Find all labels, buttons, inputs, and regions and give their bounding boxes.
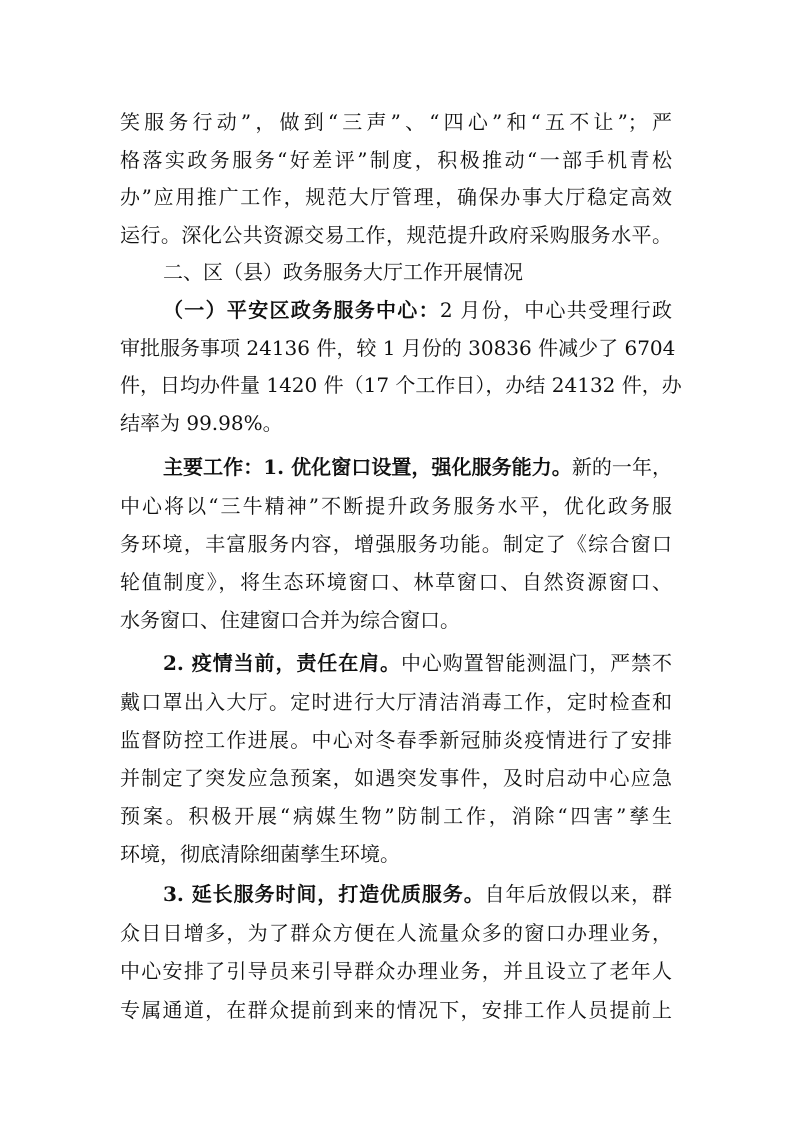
- heading-text: 二、区（县）政务服务大厅工作开展情况: [163, 260, 523, 284]
- text-run: 并制定了突发应急预案，如遇突发事件，及时启动中心应急: [120, 766, 672, 790]
- paragraph-line: 格落实政务服务“好差评”制度，积极推动“一部手机青松: [120, 145, 672, 175]
- paragraph-line: 审批服务事项 24136 件，较 1 月份的 30836 件减少了 6704: [120, 333, 672, 363]
- text-run: 自年后放假以来，群: [485, 882, 672, 906]
- text-run: 格落实政务服务“好差评”制度，积极推动“一部手机青松: [120, 148, 672, 172]
- text-run: 件，日均办件量 1420 件（17 个工作日），办结 24132 件，办: [120, 373, 682, 397]
- paragraph-line: 主要工作：1. 优化窗口设置，强化服务能力。新的一年，: [163, 452, 672, 482]
- text-run: 专属通道，在群众提前到来的情况下，安排工作人员提前上: [120, 998, 672, 1022]
- text-run: 新的一年，: [572, 455, 672, 479]
- text-run: 办”应用推广工作，规范大厅管理，确保办事大厅稳定高效: [120, 185, 672, 209]
- paragraph-line: 众日日增多，为了群众方便在人流量众多的窗口办理业务，: [120, 918, 672, 948]
- text-run: 众日日增多，为了群众方便在人流量众多的窗口办理业务，: [120, 921, 672, 945]
- paragraph-line: 环境，彻底清除细菌孳生环境。: [120, 839, 672, 869]
- paragraph-line: 2. 疫情当前，责任在肩。中心购置智能测温门，严禁不: [163, 648, 672, 678]
- paragraph-line: 件，日均办件量 1420 件（17 个工作日），办结 24132 件，办: [120, 370, 672, 400]
- text-run: 轮值制度》，将生态环境窗口、林草窗口、自然资源窗口、: [120, 570, 672, 594]
- paragraph-line: 务环境，丰富服务内容，增强服务功能。制定了《综合窗口: [120, 529, 672, 559]
- paragraph-line: 戴口罩出入大厅。定时进行大厅清洁消毒工作，定时检查和: [120, 687, 672, 717]
- paragraph-line: 专属通道，在群众提前到来的情况下，安排工作人员提前上: [120, 995, 672, 1025]
- paragraph-line: 办”应用推广工作，规范大厅管理，确保办事大厅稳定高效: [120, 182, 672, 212]
- paragraph-line: 预案。积极开展“病媒生物”防制工作，消除“四害”孳生: [120, 801, 672, 831]
- paragraph-line: （一）平安区政务服务中心：2 月份，中心共受理行政: [163, 295, 672, 325]
- section-heading: 二、区（县）政务服务大厅工作开展情况: [163, 257, 672, 287]
- paragraph-line: 3. 延长服务时间，打造优质服务。自年后放假以来，群: [163, 879, 672, 909]
- paragraph-line: 监督防控工作进展。中心对冬春季新冠肺炎疫情进行了安排: [120, 725, 672, 755]
- text-run: 预案。积极开展“病媒生物”防制工作，消除“四害”孳生: [120, 804, 672, 828]
- subsection-title: （一）平安区政务服务中心：: [163, 298, 440, 322]
- text-run: 中心安排了引导员来引导群众办理业务，并且设立了老年人: [120, 959, 672, 983]
- text-run: 运行。深化公共资源交易工作，规范提升政府采购服务水平。: [120, 223, 672, 247]
- text-run: 监督防控工作进展。中心对冬春季新冠肺炎疫情进行了安排: [120, 728, 672, 752]
- paragraph-line: 运行。深化公共资源交易工作，规范提升政府采购服务水平。: [120, 220, 672, 250]
- paragraph-line: 轮值制度》，将生态环境窗口、林草窗口、自然资源窗口、: [120, 567, 672, 597]
- text-run: 环境，彻底清除细菌孳生环境。: [120, 842, 400, 866]
- paragraph-line: 中心将以“三牛精神”不断提升政务服务水平，优化政务服: [120, 491, 672, 521]
- text-run: 务环境，丰富服务内容，增强服务功能。制定了《综合窗口: [120, 532, 672, 556]
- paragraph-line: 并制定了突发应急预案，如遇突发事件，及时启动中心应急: [120, 763, 672, 793]
- text-run: 戴口罩出入大厅。定时进行大厅清洁消毒工作，定时检查和: [120, 690, 672, 714]
- work-item-title: 2. 疫情当前，责任在肩。: [163, 651, 401, 675]
- text-run: 审批服务事项 24136 件，较 1 月份的 30836 件减少了 6704: [120, 336, 675, 360]
- text-run: 笑服务行动”，做到“三声”、“四心”和“五不让”；严: [120, 110, 672, 134]
- work-item-title: 主要工作：1. 优化窗口设置，强化服务能力。: [163, 455, 572, 479]
- text-run: 中心将以“三牛精神”不断提升政务服务水平，优化政务服: [120, 494, 672, 518]
- text-run: 中心购置智能测温门，严禁不: [401, 651, 672, 675]
- paragraph-line: 水务窗口、住建窗口合并为综合窗口。: [120, 605, 672, 635]
- text-run: 水务窗口、住建窗口合并为综合窗口。: [120, 608, 460, 632]
- text-run: 结率为 99.98%。: [120, 411, 283, 435]
- document-page: 笑服务行动”，做到“三声”、“四心”和“五不让”；严 格落实政务服务“好差评”制…: [0, 0, 793, 1122]
- paragraph-line: 结率为 99.98%。: [120, 408, 672, 438]
- paragraph-line: 笑服务行动”，做到“三声”、“四心”和“五不让”；严: [120, 107, 672, 137]
- paragraph-line: 中心安排了引导员来引导群众办理业务，并且设立了老年人: [120, 956, 672, 986]
- text-run: 2 月份，中心共受理行政: [440, 298, 672, 322]
- work-item-title: 3. 延长服务时间，打造优质服务。: [163, 882, 485, 906]
